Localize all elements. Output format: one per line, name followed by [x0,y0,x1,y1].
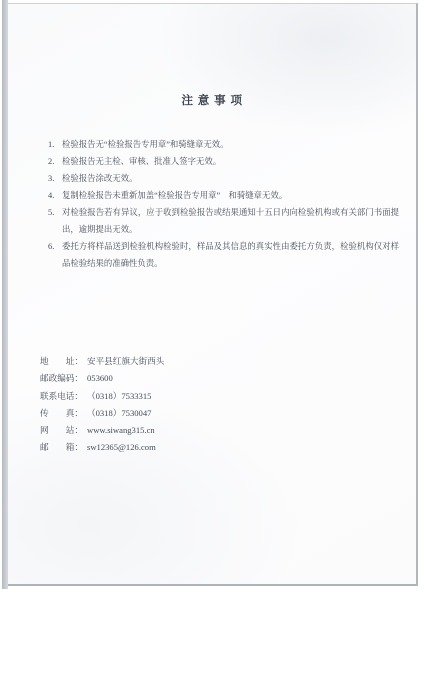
notice-list: 1. 检验报告无“检验报告专用章”和骑缝章无效。 2. 检验报告无主检、审核、批… [8,136,403,272]
notice-item: 5. 对检验报告若有异议，应于收到检验报告或结果通知十五日内向检验机构或有关部门… [48,204,403,238]
note-text: 检验报告涂改无效。 [62,170,399,187]
contact-value: 安平县红旗大街西头 [87,353,164,370]
notice-item: 2. 检验报告无主检、审核、批准人签字无效。 [48,153,403,170]
note-number: 2. [48,153,62,170]
scanned-document: 注 意 事 项 1. 检验报告无“检验报告专用章”和骑缝章无效。 2. 检验报告… [0,0,424,700]
notice-item: 4. 复制检验报告未重新加盖“检验报告专用章” 和骑缝章无效。 [48,187,403,204]
scanned-page: 注 意 事 项 1. 检验报告无“检验报告专用章”和骑缝章无效。 2. 检验报告… [8,3,418,586]
note-text: 委托方将样品送到检验机构检验时，样品及其信息的真实性由委托方负责，检验机构仅对样… [62,238,399,272]
contact-row-postcode: 邮政编码： 053600 [40,370,416,387]
contact-label: 邮 箱： [40,439,83,456]
note-number: 1. [48,136,62,153]
contact-value: 053600 [87,370,113,387]
contact-value: www.siwang315.cn [87,422,155,439]
contact-label: 联系电话： [40,388,83,405]
contact-row-address: 地 址： 安平县红旗大街西头 [40,353,416,370]
notice-item: 1. 检验报告无“检验报告专用章”和骑缝章无效。 [48,136,403,153]
note-number: 5. [48,204,62,238]
notice-item: 6. 委托方将样品送到检验机构检验时，样品及其信息的真实性由委托方负责，检验机构… [48,238,403,272]
contact-row-website: 网 站： www.siwang315.cn [40,422,416,439]
note-number: 6. [48,238,62,272]
note-number: 3. [48,170,62,187]
contact-info: 地 址： 安平县红旗大街西头 邮政编码： 053600 联系电话： （0318）… [8,353,416,457]
contact-label: 传 真： [40,405,83,422]
contact-value: sw12365@126.com [87,439,156,456]
page-title: 注 意 事 项 [8,94,416,108]
note-text: 复制检验报告未重新加盖“检验报告专用章” 和骑缝章无效。 [62,187,399,204]
contact-value: （0318）7530047 [87,405,151,422]
note-text: 检验报告无“检验报告专用章”和骑缝章无效。 [62,136,399,153]
contact-row-phone: 联系电话： （0318）7533315 [40,388,416,405]
contact-row-email: 邮 箱： sw12365@126.com [40,439,416,456]
contact-label: 地 址： [40,353,83,370]
note-text: 检验报告无主检、审核、批准人签字无效。 [62,153,399,170]
contact-label: 网 站： [40,422,83,439]
note-number: 4. [48,187,62,204]
notice-item: 3. 检验报告涂改无效。 [48,170,403,187]
contact-label: 邮政编码： [40,370,83,387]
contact-value: （0318）7533315 [87,388,151,405]
contact-row-fax: 传 真： （0318）7530047 [40,405,416,422]
note-text: 对检验报告若有异议，应于收到检验报告或结果通知十五日内向检验机构或有关部门书面提… [62,204,399,238]
